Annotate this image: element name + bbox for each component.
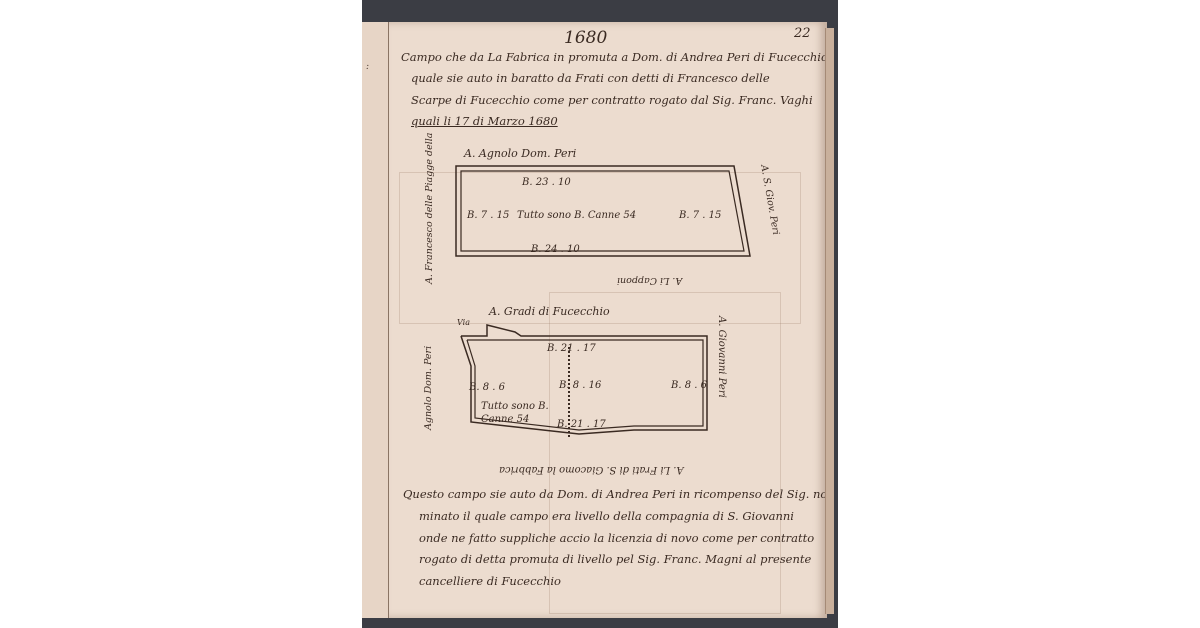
manuscript-page: 1680 22 Campo che da La Fabrica in promu… <box>389 22 827 618</box>
folio-number: 22 <box>794 26 811 41</box>
plot1-measure-bottom: B. 24 . 10 <box>531 244 580 255</box>
footer-line: minato il quale campo era livello della … <box>419 509 794 523</box>
plot2-measure-bottom: B. 21 . 17 <box>557 419 606 430</box>
heading-line: Scarpe di Fucecchio come per contratto r… <box>411 93 813 107</box>
year-header: 1680 <box>564 28 607 48</box>
plot1-label-bottom: A. Li Capponi <box>617 275 682 286</box>
page-edge <box>825 28 834 614</box>
heading-line: quali li 17 di Marzo 1680 <box>411 114 558 128</box>
plot2-measure-right: B. 8 . 6 <box>671 380 707 391</box>
footer-line: rogato di detta promuta di livello pel S… <box>419 552 811 566</box>
footer-line: cancelliere di Fucecchio <box>419 574 561 588</box>
plot1-label-top: A. Agnolo Dom. Peri <box>464 147 576 160</box>
plot1-measure-top: B. 23 . 10 <box>522 177 571 188</box>
plot1-label-left: A. Francesco delle Piagge della <box>424 133 435 284</box>
plot2-measure-center: B. 8 . 16 <box>559 380 601 391</box>
plot2-label-top: A. Gradi di Fucecchio <box>489 305 610 318</box>
facing-page-fragment: : <box>366 62 369 72</box>
plot2-measure-top: B. 21 . 17 <box>547 343 596 354</box>
heading-line: Campo che da La Fabrica in promuta a Dom… <box>401 50 828 64</box>
plot1-area: Tutto sono B. Canne 54 <box>517 210 636 221</box>
plot1-measure-left: B. 7 . 15 <box>467 210 509 221</box>
footer-line: onde ne fatto suppliche accio la licenzi… <box>419 531 814 545</box>
plot2-label-bottom: A. Li Frati di S. Giacomo la Fabbrica <box>499 464 684 475</box>
facing-page-strip: : <box>362 22 390 618</box>
heading-line: quale sie auto in baratto da Frati con d… <box>411 71 770 85</box>
footer-line: Questo campo sie auto da Dom. di Andrea … <box>403 487 831 501</box>
plot2-label-left: Agnolo Dom. Peri <box>423 346 434 430</box>
plot1-measure-right: B. 7 . 15 <box>679 210 721 221</box>
plot2-measure-left: B. 8 . 6 <box>469 382 505 393</box>
